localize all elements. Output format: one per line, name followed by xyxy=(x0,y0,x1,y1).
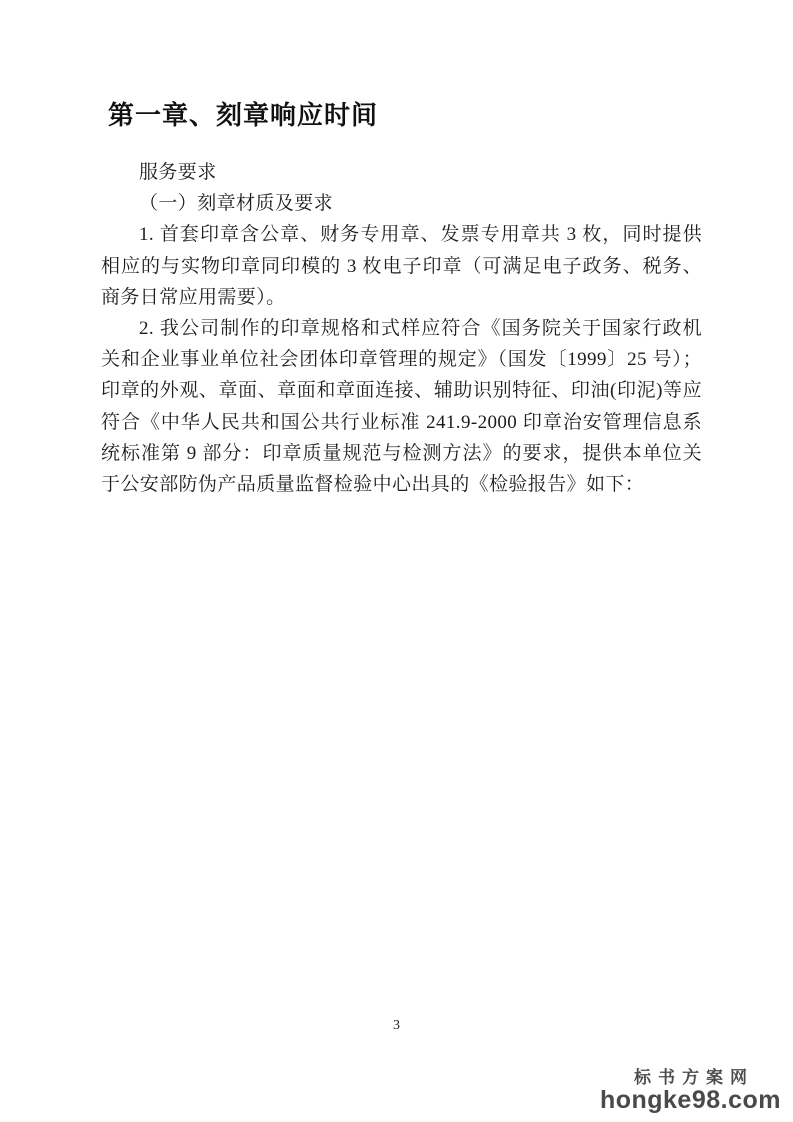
watermark-site-name: 标书方案网 xyxy=(600,1069,788,1086)
watermark-site-url: hongke98.com xyxy=(600,1088,781,1113)
chapter-title: 第一章、刻章响应时间 xyxy=(108,95,378,132)
paragraph-item-2: 2. 我公司制作的印章规格和式样应符合《国务院关于国家行政机关和企业事业单位社会… xyxy=(101,313,702,500)
body-text-block: 服务要求 （一）刻章材质及要求 1. 首套印章含公章、财务专用章、发票专用章共 … xyxy=(101,157,702,500)
paragraph-item-1: 1. 首套印章含公章、财务专用章、发票专用章共 3 枚，同时提供相应的与实物印章… xyxy=(101,219,702,313)
watermark: 标书方案网 hongke98.com xyxy=(600,1069,781,1113)
paragraph-service-requirements: 服务要求 xyxy=(101,157,702,188)
paragraph-section-heading: （一）刻章材质及要求 xyxy=(101,188,702,219)
page-number: 3 xyxy=(0,1018,793,1034)
document-page: 第一章、刻章响应时间 服务要求 （一）刻章材质及要求 1. 首套印章含公章、财务… xyxy=(0,0,793,1122)
